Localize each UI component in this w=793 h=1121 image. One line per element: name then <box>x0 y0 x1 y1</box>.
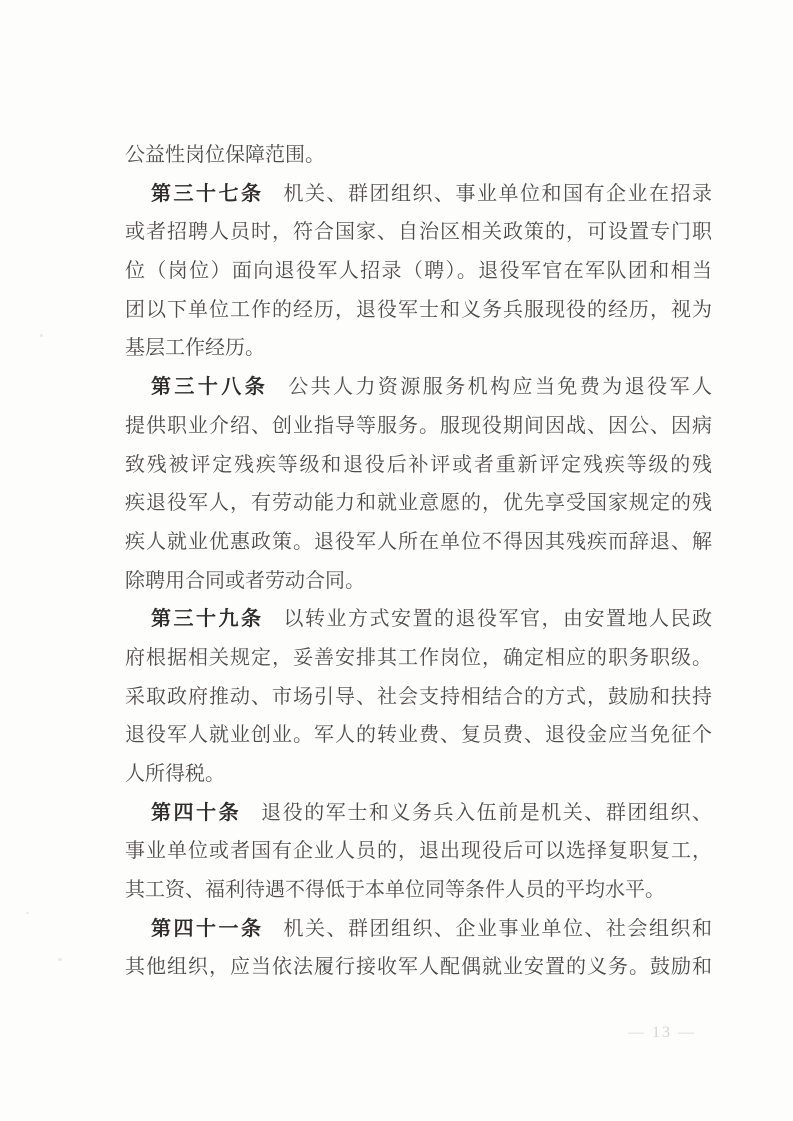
line-text: 以转业方式安置的退役军官，由安置地人民政 <box>284 608 713 630</box>
line-text: 疾退役军人，有劳动能力和就业意愿的，优先享受国家规定的残 <box>125 492 712 514</box>
article-line: 第三十七条机关、群团组织、事业单位和国有企业在招录 <box>125 175 712 214</box>
scanned-document-page: 公益性岗位保障范围。第三十七条机关、群团组织、事业单位和国有企业在招录或者招聘人… <box>0 0 793 1121</box>
article-number: 第三十九条 <box>151 608 264 630</box>
line-text: 人所得税。 <box>125 763 225 785</box>
document-text-block: 公益性岗位保障范围。第三十七条机关、群团组织、事业单位和国有企业在招录或者招聘人… <box>125 136 712 987</box>
article-line: 第三十八条公共人力资源服务机构应当免费为退役军人 <box>125 368 712 407</box>
article-line: 第三十九条以转业方式安置的退役军官，由安置地人民政 <box>125 600 712 639</box>
scan-artifact <box>58 958 62 961</box>
article-number: 第四十一条 <box>151 918 264 940</box>
line-text: 疾人就业优惠政策。退役军人所在单位不得因其残疾而辞退、解 <box>125 531 712 553</box>
line-text: 基层工作经历。 <box>125 337 265 359</box>
text-line: 其工资、福利待遇不得低于本单位同等条件人员的平均水平。 <box>125 871 712 910</box>
line-text: 公共人力资源服务机构应当免费为退役军人 <box>288 376 712 398</box>
text-line: 基层工作经历。 <box>125 329 712 368</box>
line-text: 退役的军士和义务兵入伍前是机关、群团组织、 <box>261 802 712 824</box>
article-number: 第三十七条 <box>151 183 264 205</box>
text-line: 或者招聘人员时，符合国家、自治区相关政策的，可设置专门职 <box>125 213 712 252</box>
line-text: 其工资、福利待遇不得低于本单位同等条件人员的平均水平。 <box>125 879 665 901</box>
line-text: 除聘用合同或者劳动合同。 <box>125 570 365 592</box>
text-line: 退役军人就业创业。军人的转业费、复员费、退役金应当免征个 <box>125 716 712 755</box>
line-text: 退役军人就业创业。军人的转业费、复员费、退役金应当免征个 <box>125 724 712 746</box>
text-line: 人所得税。 <box>125 755 712 794</box>
text-line: 疾退役军人，有劳动能力和就业意愿的，优先享受国家规定的残 <box>125 484 712 523</box>
text-line: 疾人就业优惠政策。退役军人所在单位不得因其残疾而辞退、解 <box>125 523 712 562</box>
text-line: 其他组织，应当依法履行接收军人配偶就业安置的义务。鼓励和 <box>125 948 712 987</box>
page-number: — 13 — <box>628 1024 718 1042</box>
scan-artifact <box>26 912 29 914</box>
line-text: 提供职业介绍、创业指导等服务。服现役期间因战、因公、因病 <box>125 415 712 437</box>
line-text: 其他组织，应当依法履行接收军人配偶就业安置的义务。鼓励和 <box>125 956 712 978</box>
line-text: 公益性岗位保障范围。 <box>125 144 325 166</box>
line-text: 机关、群团组织、企业事业单位、社会组织和 <box>284 918 713 940</box>
text-line: 采取政府推动、市场引导、社会支持相结合的方式，鼓励和扶持 <box>125 678 712 717</box>
line-text: 采取政府推动、市场引导、社会支持相结合的方式，鼓励和扶持 <box>125 686 712 708</box>
text-line: 公益性岗位保障范围。 <box>125 136 712 175</box>
article-number: 第四十条 <box>151 802 241 824</box>
line-text: 致残被评定残疾等级和退役后补评或者重新评定残疾等级的残 <box>125 454 712 476</box>
text-line: 除聘用合同或者劳动合同。 <box>125 562 712 601</box>
text-line: 事业单位或者国有企业人员的，退出现役后可以选择复职复工， <box>125 832 712 871</box>
article-number: 第三十八条 <box>151 376 268 398</box>
text-line: 位（岗位）面向退役军人招录（聘）。退役军官在军队团和相当 <box>125 252 712 291</box>
text-line: 致残被评定残疾等级和退役后补评或者重新评定残疾等级的残 <box>125 446 712 485</box>
line-text: 府根据相关规定，妥善安排其工作岗位，确定相应的职务职级。 <box>125 647 712 669</box>
line-text: 事业单位或者国有企业人员的，退出现役后可以选择复职复工， <box>125 840 712 862</box>
scan-artifact <box>40 334 43 337</box>
line-text: 或者招聘人员时，符合国家、自治区相关政策的，可设置专门职 <box>125 221 712 243</box>
line-text: 机关、群团组织、事业单位和国有企业在招录 <box>284 183 713 205</box>
line-text: 团以下单位工作的经历，退役军士和义务兵服现役的经历，视为 <box>125 299 712 321</box>
text-line: 府根据相关规定，妥善安排其工作岗位，确定相应的职务职级。 <box>125 639 712 678</box>
text-line: 提供职业介绍、创业指导等服务。服现役期间因战、因公、因病 <box>125 407 712 446</box>
article-line: 第四十一条机关、群团组织、企业事业单位、社会组织和 <box>125 910 712 949</box>
text-line: 团以下单位工作的经历，退役军士和义务兵服现役的经历，视为 <box>125 291 712 330</box>
article-line: 第四十条退役的军士和义务兵入伍前是机关、群团组织、 <box>125 794 712 833</box>
line-text: 位（岗位）面向退役军人招录（聘）。退役军官在军队团和相当 <box>125 260 712 282</box>
